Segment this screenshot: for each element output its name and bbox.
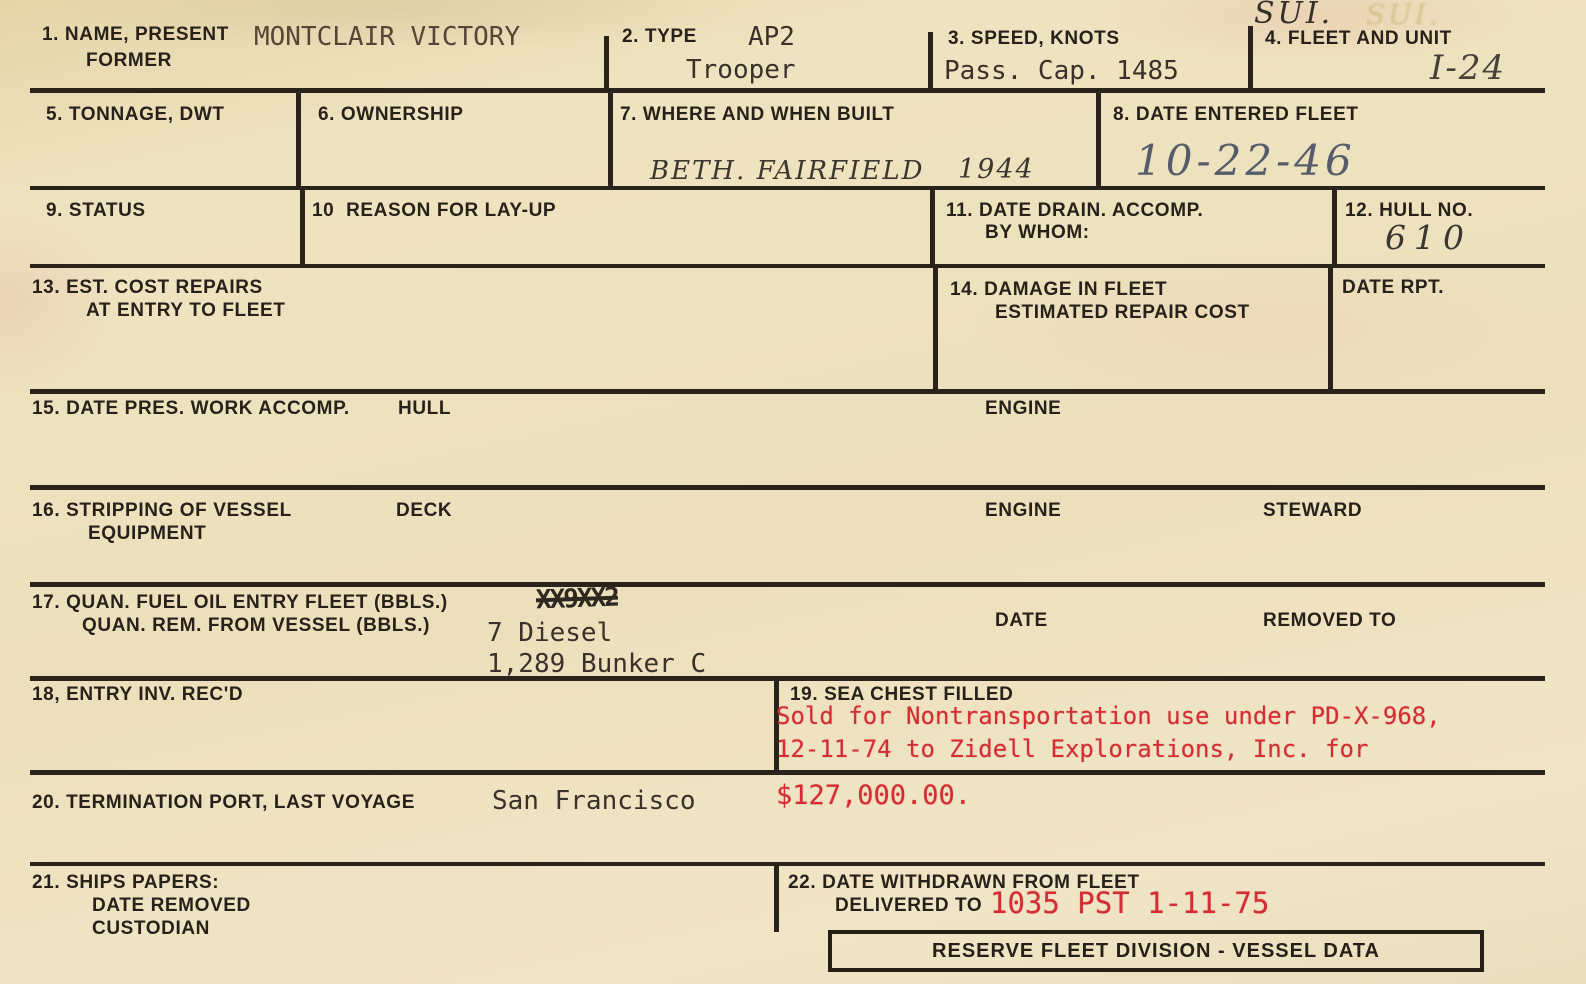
field15-label: 15. DATE PRES. WORK ACCOMP.	[32, 398, 350, 420]
rule-under-row15	[30, 485, 1545, 490]
field2-value-trooper: Trooper	[686, 55, 796, 85]
field9-label: 9. STATUS	[46, 200, 146, 222]
field14-date-rpt-label: DATE RPT.	[1342, 277, 1444, 299]
rule-under-row3	[30, 264, 1545, 268]
handwritten-sui-annotation: SUI.	[1254, 0, 1333, 31]
field21-label-date-removed: DATE REMOVED	[92, 895, 251, 917]
field17-value-diesel: 7 Diesel	[487, 618, 612, 648]
rule-under-row1	[30, 88, 1545, 93]
field13-label2: AT ENTRY TO FLEET	[86, 300, 286, 322]
field3-label: 3. SPEED, KNOTS	[948, 28, 1120, 50]
field17-date-label: DATE	[995, 610, 1048, 632]
divider-f11-f12	[1332, 190, 1337, 264]
divider-f10-f11	[930, 190, 935, 264]
field22-label-delivered-to: DELIVERED TO	[835, 895, 982, 917]
field4-value-fleet-unit: I-24	[1430, 48, 1506, 88]
ghost-annotation: SUI.	[1366, 0, 1441, 31]
field17-struck-value: XX9XX2	[536, 583, 619, 616]
field17-removed-to-label: REMOVED TO	[1263, 610, 1396, 632]
field19-red-line2: 12-11-74 to Zidell Explorations, Inc. fo…	[776, 735, 1368, 763]
divider-f3-f4	[1248, 26, 1253, 88]
field12-value-hull-no: 610	[1385, 218, 1472, 257]
field17-value-bunker-c: 1,289 Bunker C	[487, 649, 706, 679]
field20-label: 20. TERMINATION PORT, LAST VOYAGE	[32, 792, 415, 814]
field2-label: 2. TYPE	[622, 26, 697, 48]
field10-label: 10 REASON FOR LAY-UP	[312, 200, 556, 222]
field18-label: 18, ENTRY INV. REC'D	[32, 684, 243, 706]
rule-under-row18	[30, 770, 1545, 775]
field16-label2: EQUIPMENT	[88, 523, 206, 545]
field19-red-line1: Sold for Nontransportation use under PD-…	[776, 702, 1441, 730]
divider-f2-f3	[928, 32, 933, 88]
field8-label: 8. DATE ENTERED FLEET	[1113, 104, 1359, 126]
field1-label: 1. NAME, PRESENT	[42, 24, 229, 46]
reserve-fleet-banner-text: RESERVE FLEET DIVISION - VESSEL DATA	[932, 940, 1380, 963]
field17-label2: QUAN. REM. FROM VESSEL (BBLS.)	[82, 615, 430, 637]
field16-deck-label: DECK	[396, 500, 452, 522]
divider-f9-f10	[300, 190, 305, 264]
field19-red-line3-price: $127,000.00.	[776, 780, 971, 811]
field11-label-by-whom: BY WHOM:	[985, 222, 1090, 244]
vessel-data-card: 1. NAME, PRESENT FORMER MONTCLAIR VICTOR…	[0, 0, 1586, 984]
rule-under-row2	[30, 186, 1545, 190]
field4-label: 4. FLEET AND UNIT	[1265, 28, 1452, 50]
field15-engine-label: ENGINE	[985, 398, 1061, 420]
field1-label-former: FORMER	[86, 50, 172, 72]
field14-label: 14. DAMAGE IN FLEET	[950, 279, 1167, 301]
divider-f13-f14	[933, 268, 938, 389]
field7-value-where-built: BETH. FAIRFIELD	[650, 156, 924, 186]
field17-label: 17. QUAN. FUEL OIL ENTRY FLEET (BBLS.)	[32, 592, 448, 614]
field14-label2: ESTIMATED REPAIR COST	[995, 302, 1250, 324]
rule-under-row20	[30, 862, 1545, 866]
field20-value-port: San Francisco	[492, 786, 696, 816]
field7-value-year-built: 1944	[958, 154, 1035, 185]
field22-red-value-withdrawn: 1035 PST 1-11-75	[990, 886, 1269, 920]
divider-f1-f2	[604, 36, 609, 88]
divider-f7-f8	[1096, 92, 1101, 186]
field16-label: 16. STRIPPING OF VESSEL	[32, 500, 292, 522]
rule-under-row16	[30, 582, 1545, 587]
divider-f5-f6	[296, 92, 301, 186]
field6-label: 6. OWNERSHIP	[318, 104, 464, 126]
field1-value-ship-name: MONTCLAIR VICTORY	[254, 22, 520, 52]
divider-f14-daterpt	[1328, 268, 1333, 389]
field13-label: 13. EST. COST REPAIRS	[32, 277, 263, 299]
reserve-fleet-banner: RESERVE FLEET DIVISION - VESSEL DATA	[828, 930, 1484, 972]
field16-steward-label: STEWARD	[1263, 500, 1362, 522]
divider-f21-f22	[774, 866, 779, 932]
field21-label-custodian: CUSTODIAN	[92, 918, 210, 940]
field8-value-date-entered: 10-22-46	[1135, 136, 1356, 185]
rule-under-row17	[30, 676, 1545, 681]
field16-engine-label: ENGINE	[985, 500, 1061, 522]
field2-value-type: AP2	[748, 22, 795, 52]
field21-label: 21. SHIPS PAPERS:	[32, 872, 219, 894]
rule-under-row4	[30, 389, 1545, 394]
field11-label: 11. DATE DRAIN. ACCOMP.	[946, 200, 1203, 222]
divider-f6-f7	[608, 92, 613, 186]
field15-hull-label: HULL	[398, 398, 451, 420]
field7-label: 7. WHERE AND WHEN BUILT	[620, 104, 895, 126]
field3-value-pass-cap: Pass. Cap. 1485	[944, 56, 1179, 86]
field5-label: 5. TONNAGE, DWT	[46, 104, 225, 126]
